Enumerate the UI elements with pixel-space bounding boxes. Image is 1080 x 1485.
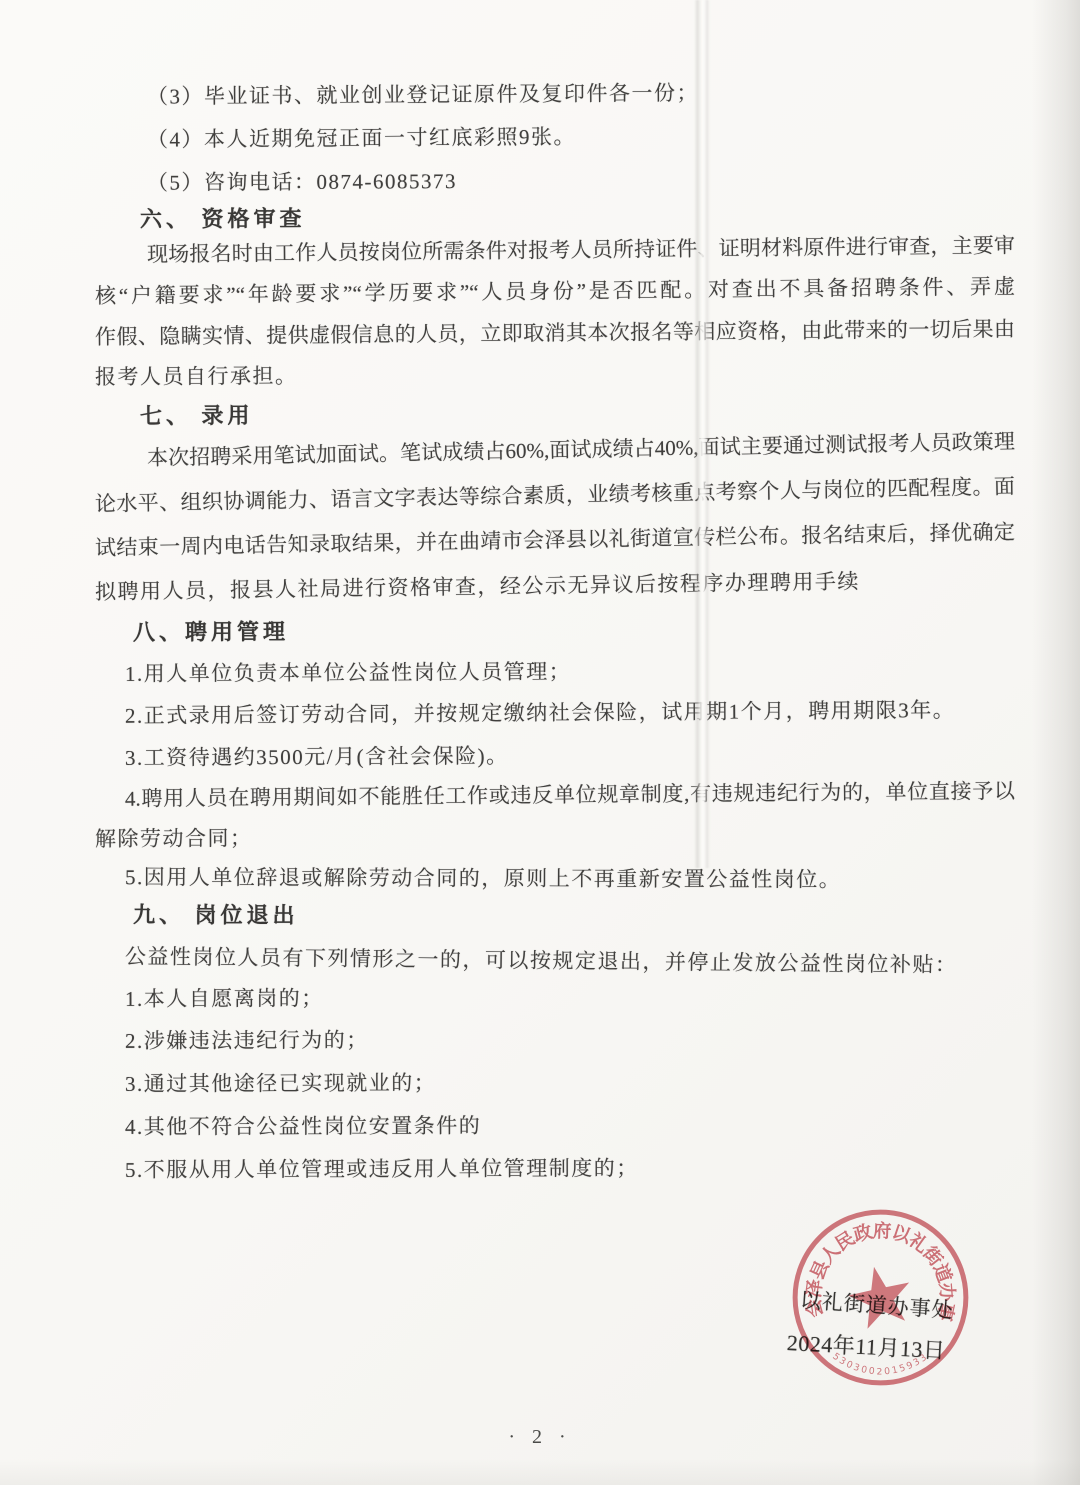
doc-line: （4）本人近期免冠正面一寸红底彩照9张。 bbox=[95, 119, 1015, 155]
paragraph-line: 拟聘用人员，报县人社局进行资格审查，经公示无异议后按程序办理聘用手续 bbox=[95, 564, 1015, 607]
list-item: 5.不服从用人单位管理或违反用人单位管理制度的； bbox=[95, 1152, 1015, 1185]
paragraph-line: 本次招聘采用笔试加面试。笔试成绩占60%,面试成绩占40%,面试主要通过测试报考… bbox=[95, 426, 1015, 474]
paragraph-line: 报考人员自行承担。 bbox=[95, 357, 1015, 392]
list-item: 1.本人自愿离岗的； bbox=[95, 981, 1015, 1014]
list-item: 3.工资待遇约3500元/月(含社会保险)。 bbox=[95, 738, 1015, 773]
list-item: 5.因用人单位辞退或解除劳动合同的，原则上不再重新安置公益性岗位。 bbox=[95, 862, 1015, 895]
page-edge-shadow bbox=[1032, 0, 1080, 1485]
official-seal: 会泽县人民政府以礼街道办事处 5303002015933 bbox=[788, 1205, 973, 1390]
paragraph-line: 试结束一周内电话告知录取结果，并在曲靖市会泽县以礼街道宣传栏公布。报名结束后，择… bbox=[95, 517, 1015, 563]
section-heading: 九、 岗位退出 bbox=[95, 900, 1015, 933]
list-item: 2.涉嫌违法违纪行为的； bbox=[95, 1023, 1015, 1056]
section-heading: 八、聘用管理 bbox=[95, 613, 1015, 648]
list-item: 3.通过其他途径已实现就业的； bbox=[95, 1066, 1015, 1099]
list-item: 4.聘用人员在聘用期间如不能胜任工作或违反单位规章制度,有违规违纪行为的，单位直… bbox=[95, 776, 1015, 814]
list-item: 4.其他不符合公益性岗位安置条件的 bbox=[95, 1109, 1015, 1142]
section-heading: 七、 录用 bbox=[95, 394, 1015, 432]
paragraph-line: 现场报名时由工作人员按岗位所需条件对报考人员所持证件、证明材料原件进行审查，主要… bbox=[95, 230, 1015, 270]
doc-line: （3）毕业证书、就业创业登记证原件及复印件各一份； bbox=[95, 76, 1015, 112]
document-page: （3）毕业证书、就业创业登记证原件及复印件各一份； （4）本人近期免冠正面一寸红… bbox=[0, 0, 1080, 1485]
list-item: 1.用人单位负责本单位公益性岗位人员管理； bbox=[95, 654, 1015, 689]
paragraph-line: 解除劳动合同； bbox=[95, 819, 1015, 854]
paragraph-line: 公益性岗位人员有下列情形之一的，可以按规定退出，并停止发放公益性岗位补贴： bbox=[95, 941, 1015, 981]
paragraph-line: 核“户籍要求”“年龄要求”“学历要求”“人员身份”是否匹配。对查出不具备招聘条件… bbox=[95, 271, 1015, 311]
paragraph-line: 论水平、组织协调能力、语言文字表达等综合素质，业绩考核重点考察个人与岗位的匹配程… bbox=[95, 471, 1015, 519]
list-item: 2.正式录用后签订劳动合同，并按规定缴纳社会保险，试用期1个月，聘用期限3年。 bbox=[95, 695, 1015, 731]
fold-crease bbox=[694, 0, 710, 868]
paragraph-line: 作假、隐瞒实情、提供虚假信息的人员，立即取消其本次报名等相应资格，由此带来的一切… bbox=[95, 314, 1015, 352]
doc-line: （5）咨询电话：0874-6085373 bbox=[95, 163, 1015, 198]
section-heading: 六、 资格审查 bbox=[95, 200, 1015, 235]
seal-star-icon bbox=[844, 1260, 917, 1331]
page-number: · 2 · bbox=[0, 1426, 1080, 1449]
page-bottom-shadow bbox=[0, 1459, 1080, 1485]
